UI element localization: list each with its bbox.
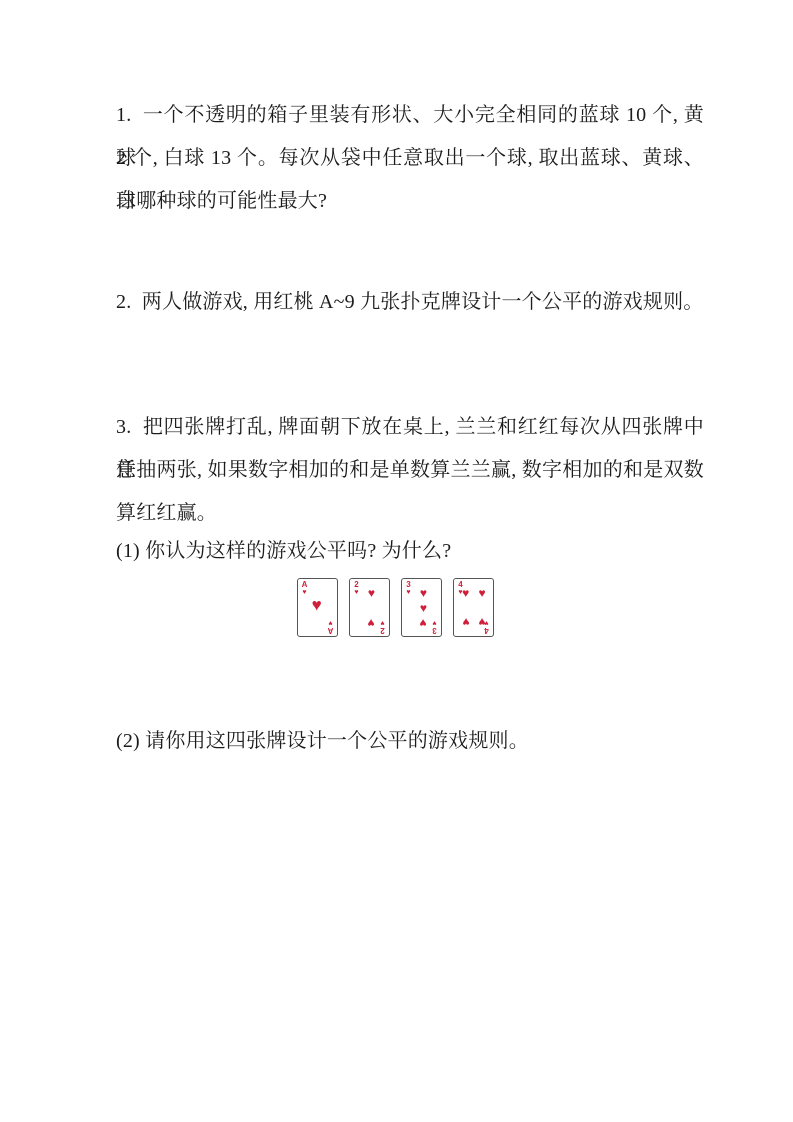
card-corner-index: 2 ♥ [352,581,361,596]
card-corner-index: 3 ♥ [430,619,439,634]
heart-icon: ♥ [406,589,410,596]
question-1: 1. 一个不透明的箱子里装有形状、大小完全相同的蓝球 10 个, 黄球 2 个,… [116,94,704,223]
card-ace-of-hearts: A ♥ ♥ A ♥ [297,578,338,637]
heart-icon: ♥ [312,596,322,613]
heart-icon: ♥ [462,616,469,628]
question-3-part-1-text: (1) 你认为这样的游戏公平吗? 为什么? [116,530,704,573]
card-corner-index: 4 ♥ [482,619,491,634]
question-3-line-3: 算红红赢。 [116,492,704,535]
heart-icon: ♥ [484,619,488,626]
question-3-part-2-text: (2) 请你用这四张牌设计一个公平的游戏规则。 [116,720,704,763]
card-corner-index: 2 ♥ [378,619,387,634]
playing-cards-row: A ♥ ♥ A ♥ 2 ♥ ♥ ♥ 2 ♥ 3 ♥ [297,578,494,637]
card-3-of-hearts: 3 ♥ ♥ ♥ ♥ 3 ♥ [401,578,442,637]
card-corner-index: A ♥ [300,581,309,596]
heart-icon: ♥ [432,619,436,626]
question-1-line-1: 1. 一个不透明的箱子里装有形状、大小完全相同的蓝球 10 个, 黄球 [116,94,704,137]
heart-icon: ♥ [420,602,427,614]
card-2-of-hearts: 2 ♥ ♥ ♥ 2 ♥ [349,578,390,637]
question-3-line-1: 3. 把四张牌打乱, 牌面朝下放在桌上, 兰兰和红红每次从四张牌中任 [116,406,704,449]
heart-icon: ♥ [328,619,332,626]
heart-icon: ♥ [420,587,427,599]
question-1-line-3: 球哪种球的可能性最大? [116,180,704,223]
worksheet-page: 1. 一个不透明的箱子里装有形状、大小完全相同的蓝球 10 个, 黄球 2 个,… [0,0,793,1122]
heart-icon: ♥ [380,619,384,626]
question-3-part-2: (2) 请你用这四张牌设计一个公平的游戏规则。 [116,720,704,763]
question-3: 3. 把四张牌打乱, 牌面朝下放在桌上, 兰兰和红红每次从四张牌中任 意抽两张,… [116,406,704,535]
question-3-line-2: 意抽两张, 如果数字相加的和是单数算兰兰赢, 数字相加的和是双数 [116,449,704,492]
card-corner-index: A ♥ [326,619,335,634]
card-corner-index: 3 ♥ [404,581,413,596]
heart-icon: ♥ [302,589,306,596]
card-rank-label: A [328,626,334,634]
question-2: 2. 两人做游戏, 用红桃 A~9 九张扑克牌设计一个公平的游戏规则。 [116,281,704,324]
heart-icon: ♥ [462,587,469,599]
heart-icon: ♥ [479,587,486,599]
card-rank-label: 2 [380,626,384,634]
heart-icon: ♥ [420,617,427,629]
card-4-of-hearts: 4 ♥ ♥ ♥ ♥ ♥ 4 ♥ [453,578,494,637]
question-2-line-1: 2. 两人做游戏, 用红桃 A~9 九张扑克牌设计一个公平的游戏规则。 [116,281,704,324]
question-1-line-2: 2 个, 白球 13 个。每次从袋中任意取出一个球, 取出蓝球、黄球、白 [116,137,704,180]
card-rank-label: 3 [432,626,436,634]
card-rank-label: 4 [484,626,488,634]
heart-icon: ♥ [354,589,358,596]
heart-icon: ♥ [368,617,375,629]
question-3-part-1: (1) 你认为这样的游戏公平吗? 为什么? [116,530,704,573]
heart-icon: ♥ [368,587,375,599]
